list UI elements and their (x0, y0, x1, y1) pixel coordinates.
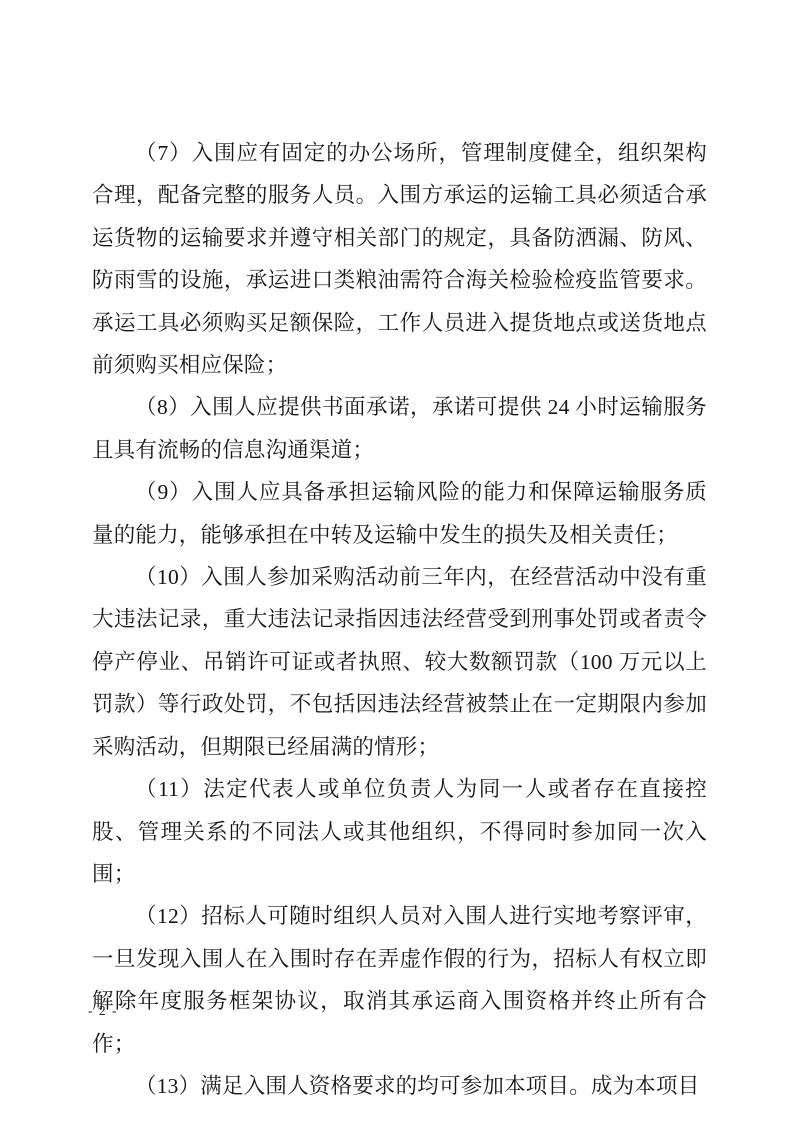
page-number: - 2 - (88, 1003, 118, 1019)
paragraph-clause-9: （9）入围人应具备承担运输风险的能力和保障运输服务质量的能力，能够承担在中转及运… (92, 471, 707, 556)
paragraph-clause-8: （8）入围人应提供书面承诺，承诺可提供 24 小时运输服务且具有流畅的信息沟通渠… (92, 386, 707, 471)
document-text-block: （7）入围应有固定的办公场所，管理制度健全，组织架构合理，配备完整的服务人员。入… (92, 132, 707, 1107)
paragraph-clause-7: （7）入围应有固定的办公场所，管理制度健全，组织架构合理，配备完整的服务人员。入… (92, 132, 707, 386)
paragraph-clause-10: （10）入围人参加采购活动前三年内，在经营活动中没有重大违法记录，重大违法记录指… (92, 556, 707, 768)
paragraph-clause-12: （12）招标人可随时组织人员对入围人进行实地考察评审，一旦发现入围人在入围时存在… (92, 895, 707, 1065)
document-page: （7）入围应有固定的办公场所，管理制度健全，组织架构合理，配备完整的服务人员。入… (0, 0, 793, 1122)
paragraph-clause-11: （11）法定代表人或单位负责人为同一人或者存在直接控股、管理关系的不同法人或其他… (92, 768, 707, 895)
paragraph-clause-13: （13）满足入围人资格要求的均可参加本项目。成为本项目 (92, 1065, 707, 1107)
